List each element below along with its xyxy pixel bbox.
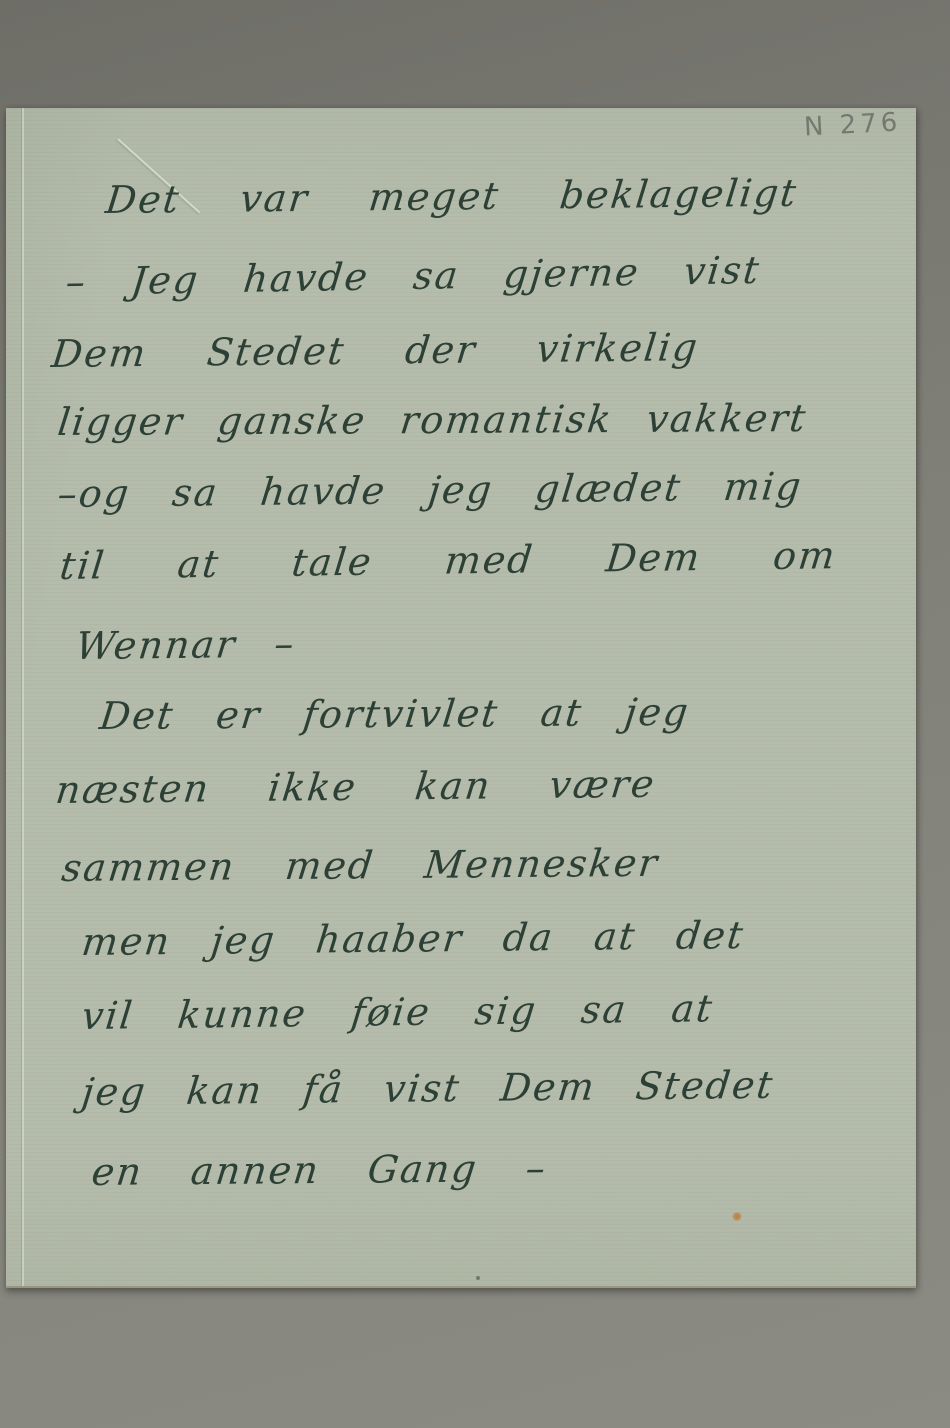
handwritten-line-1: Det var meget beklageligt <box>104 171 801 222</box>
handwritten-line-8: Det er fortvivlet at jeg <box>97 690 692 738</box>
handwritten-line-12: vil kunne føie sig sa at <box>80 986 717 1038</box>
handwritten-line-4: ligger ganske romantisk vakkert <box>55 396 809 444</box>
handwritten-line-9: næsten ikke kan være <box>54 762 659 812</box>
handwritten-line-2: – Jeg havde sa gjerne vist <box>64 248 763 304</box>
foxing-spot <box>732 1212 742 1221</box>
paper-speck <box>476 1276 480 1280</box>
handwritten-line-11: men jeg haaber da at det <box>80 913 748 964</box>
handwritten-line-7: Wennar – <box>74 622 299 668</box>
handwritten-letter-body: Det var meget beklageligt – Jeg havde sa… <box>6 108 916 1286</box>
handwritten-line-10: sammen med Mennesker <box>59 841 661 890</box>
handwritten-line-14: en annen Gang – <box>89 1146 549 1194</box>
handwritten-line-3: Dem Stedet der virkelig <box>50 325 702 376</box>
handwritten-line-5: –og sa havde jeg glædet mig <box>56 464 805 516</box>
handwritten-line-6: til at tale med Dem om <box>58 533 839 588</box>
letter-paper: N 276 Det var meget beklageligt – Jeg ha… <box>6 108 916 1288</box>
scanned-letter-page: N 276 Det var meget beklageligt – Jeg ha… <box>0 0 950 1428</box>
handwritten-line-13: jeg kan få vist Dem Stedet <box>80 1063 777 1114</box>
